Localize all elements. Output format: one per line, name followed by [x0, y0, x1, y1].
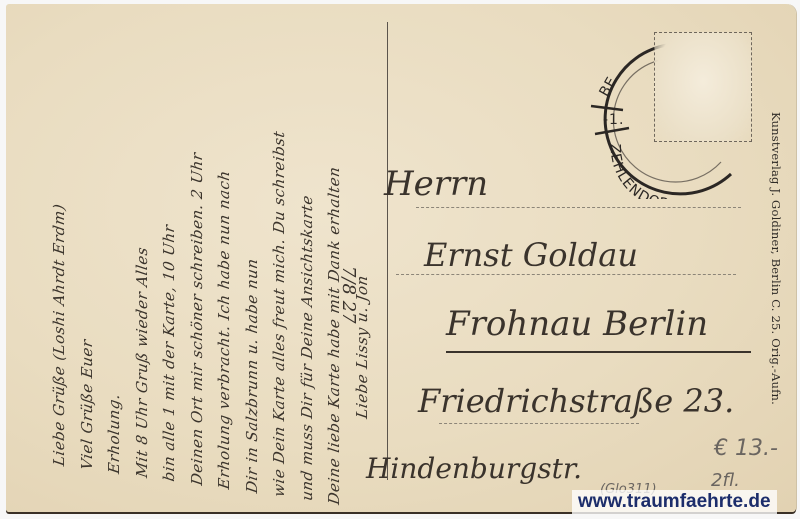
message-line: Viel Grüße Euer	[74, 48, 102, 472]
message-line: Liebe Grüße (Loshi Ahrdt Erdm)	[46, 44, 74, 468]
message-line: Erholung.	[101, 52, 129, 476]
watermark: www.traumfaehrte.de	[572, 490, 777, 514]
postcard-back: Liebe Grüße (Loshi Ahrdt Erdm) Viel Grüß…	[6, 4, 796, 512]
address-line	[396, 274, 736, 275]
message-line: wie Dein Karte alles freut mich. Du schr…	[266, 75, 294, 499]
publisher-imprint: Kunstverlag J. Goldiner, Berlin C. 25. O…	[761, 112, 783, 432]
address-name: Ernst Goldau	[424, 236, 638, 274]
divider-line	[387, 22, 388, 480]
handwritten-message: Liebe Grüße (Loshi Ahrdt Erdm) Viel Grüß…	[46, 44, 376, 510]
message-date: 7/8 27	[338, 266, 359, 324]
postmark-date: -1.	[603, 112, 624, 128]
address-salutation: Herrn	[384, 164, 488, 204]
message-line: Mit 8 Uhr Gruß wieder Alles	[129, 56, 157, 480]
address-district: Hindenburgstr.	[366, 452, 582, 485]
address-street: Friedrichstraße 23.	[418, 382, 734, 420]
message-line: bin alle 1 mit der Karte, 10 Uhr	[156, 59, 184, 483]
pencil-code: 2fl.	[711, 470, 740, 491]
address-city: Frohnau Berlin	[446, 304, 708, 344]
address-line	[416, 207, 741, 208]
address-line	[439, 423, 639, 424]
message-line: und muss Dir für Deine Ansichtskarte	[294, 79, 322, 503]
message-line: Deinen Ort mir schöner schreiben. 2 Uhr	[184, 63, 212, 487]
address-line	[446, 351, 751, 353]
pencil-price: € 13.-	[714, 436, 778, 461]
message-line: Erholung verbracht. Ich habe nun nach	[211, 67, 239, 491]
stamp-area	[654, 32, 752, 142]
message-line: Dir in Salzbrunn u. habe nun	[239, 71, 267, 495]
